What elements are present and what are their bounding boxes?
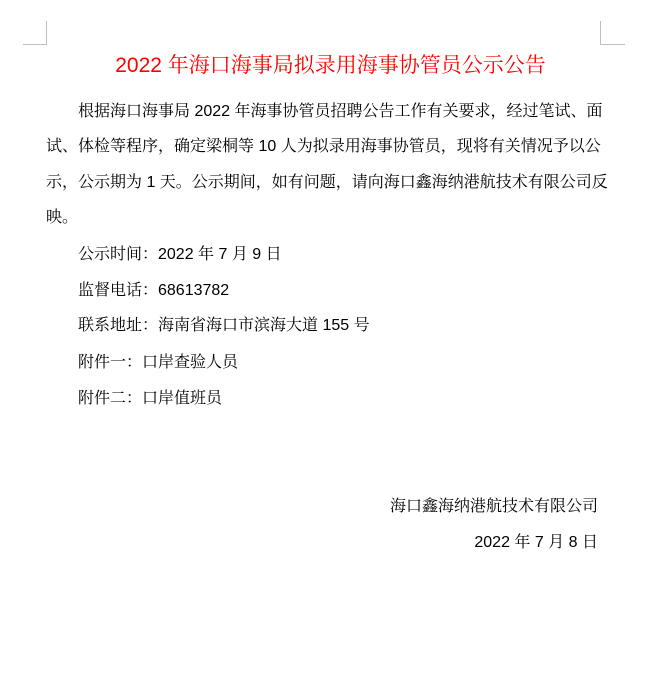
signature-organization: 海口鑫海纳港航技术有限公司 — [390, 497, 598, 517]
signature-date: 2022 年 7 月 8 日 — [474, 533, 598, 553]
contact-address: 联系地址：海南省海口市滨海大道 155 号 — [78, 316, 370, 336]
announce-time: 公示时间：2022 年 7 月 9 日 — [78, 245, 282, 265]
margin-mark-horizontal — [23, 44, 47, 45]
document-page: 2022 年海口海事局拟录用海事协管员公示公告 根据海口海事局 2022 年海事… — [0, 0, 657, 696]
top-right-margin-mark — [600, 21, 625, 45]
supervision-phone: 监督电话：68613782 — [78, 281, 229, 301]
margin-mark-vertical — [600, 21, 601, 45]
body-paragraph-line-1: 根据海口海事局 2022 年海事协管员招聘公告工作有关要求，经过笔试、面 — [78, 102, 603, 122]
attachment-1: 附件一：口岸查验人员 — [78, 353, 238, 373]
document-title: 2022 年海口海事局拟录用海事协管员公示公告 — [0, 52, 657, 80]
margin-mark-horizontal — [600, 44, 625, 45]
body-paragraph-line-4: 映。 — [46, 208, 78, 228]
attachment-2: 附件二：口岸值班员 — [78, 389, 222, 409]
body-paragraph-line-2: 试、体检等程序，确定梁桐等 10 人为拟录用海事协管员，现将有关情况予以公 — [46, 137, 601, 157]
margin-mark-vertical — [46, 21, 47, 45]
body-paragraph-line-3: 示，公示期为 1 天。公示期间，如有问题，请向海口鑫海纳港航技术有限公司反 — [46, 173, 608, 193]
top-left-margin-mark — [23, 21, 47, 45]
